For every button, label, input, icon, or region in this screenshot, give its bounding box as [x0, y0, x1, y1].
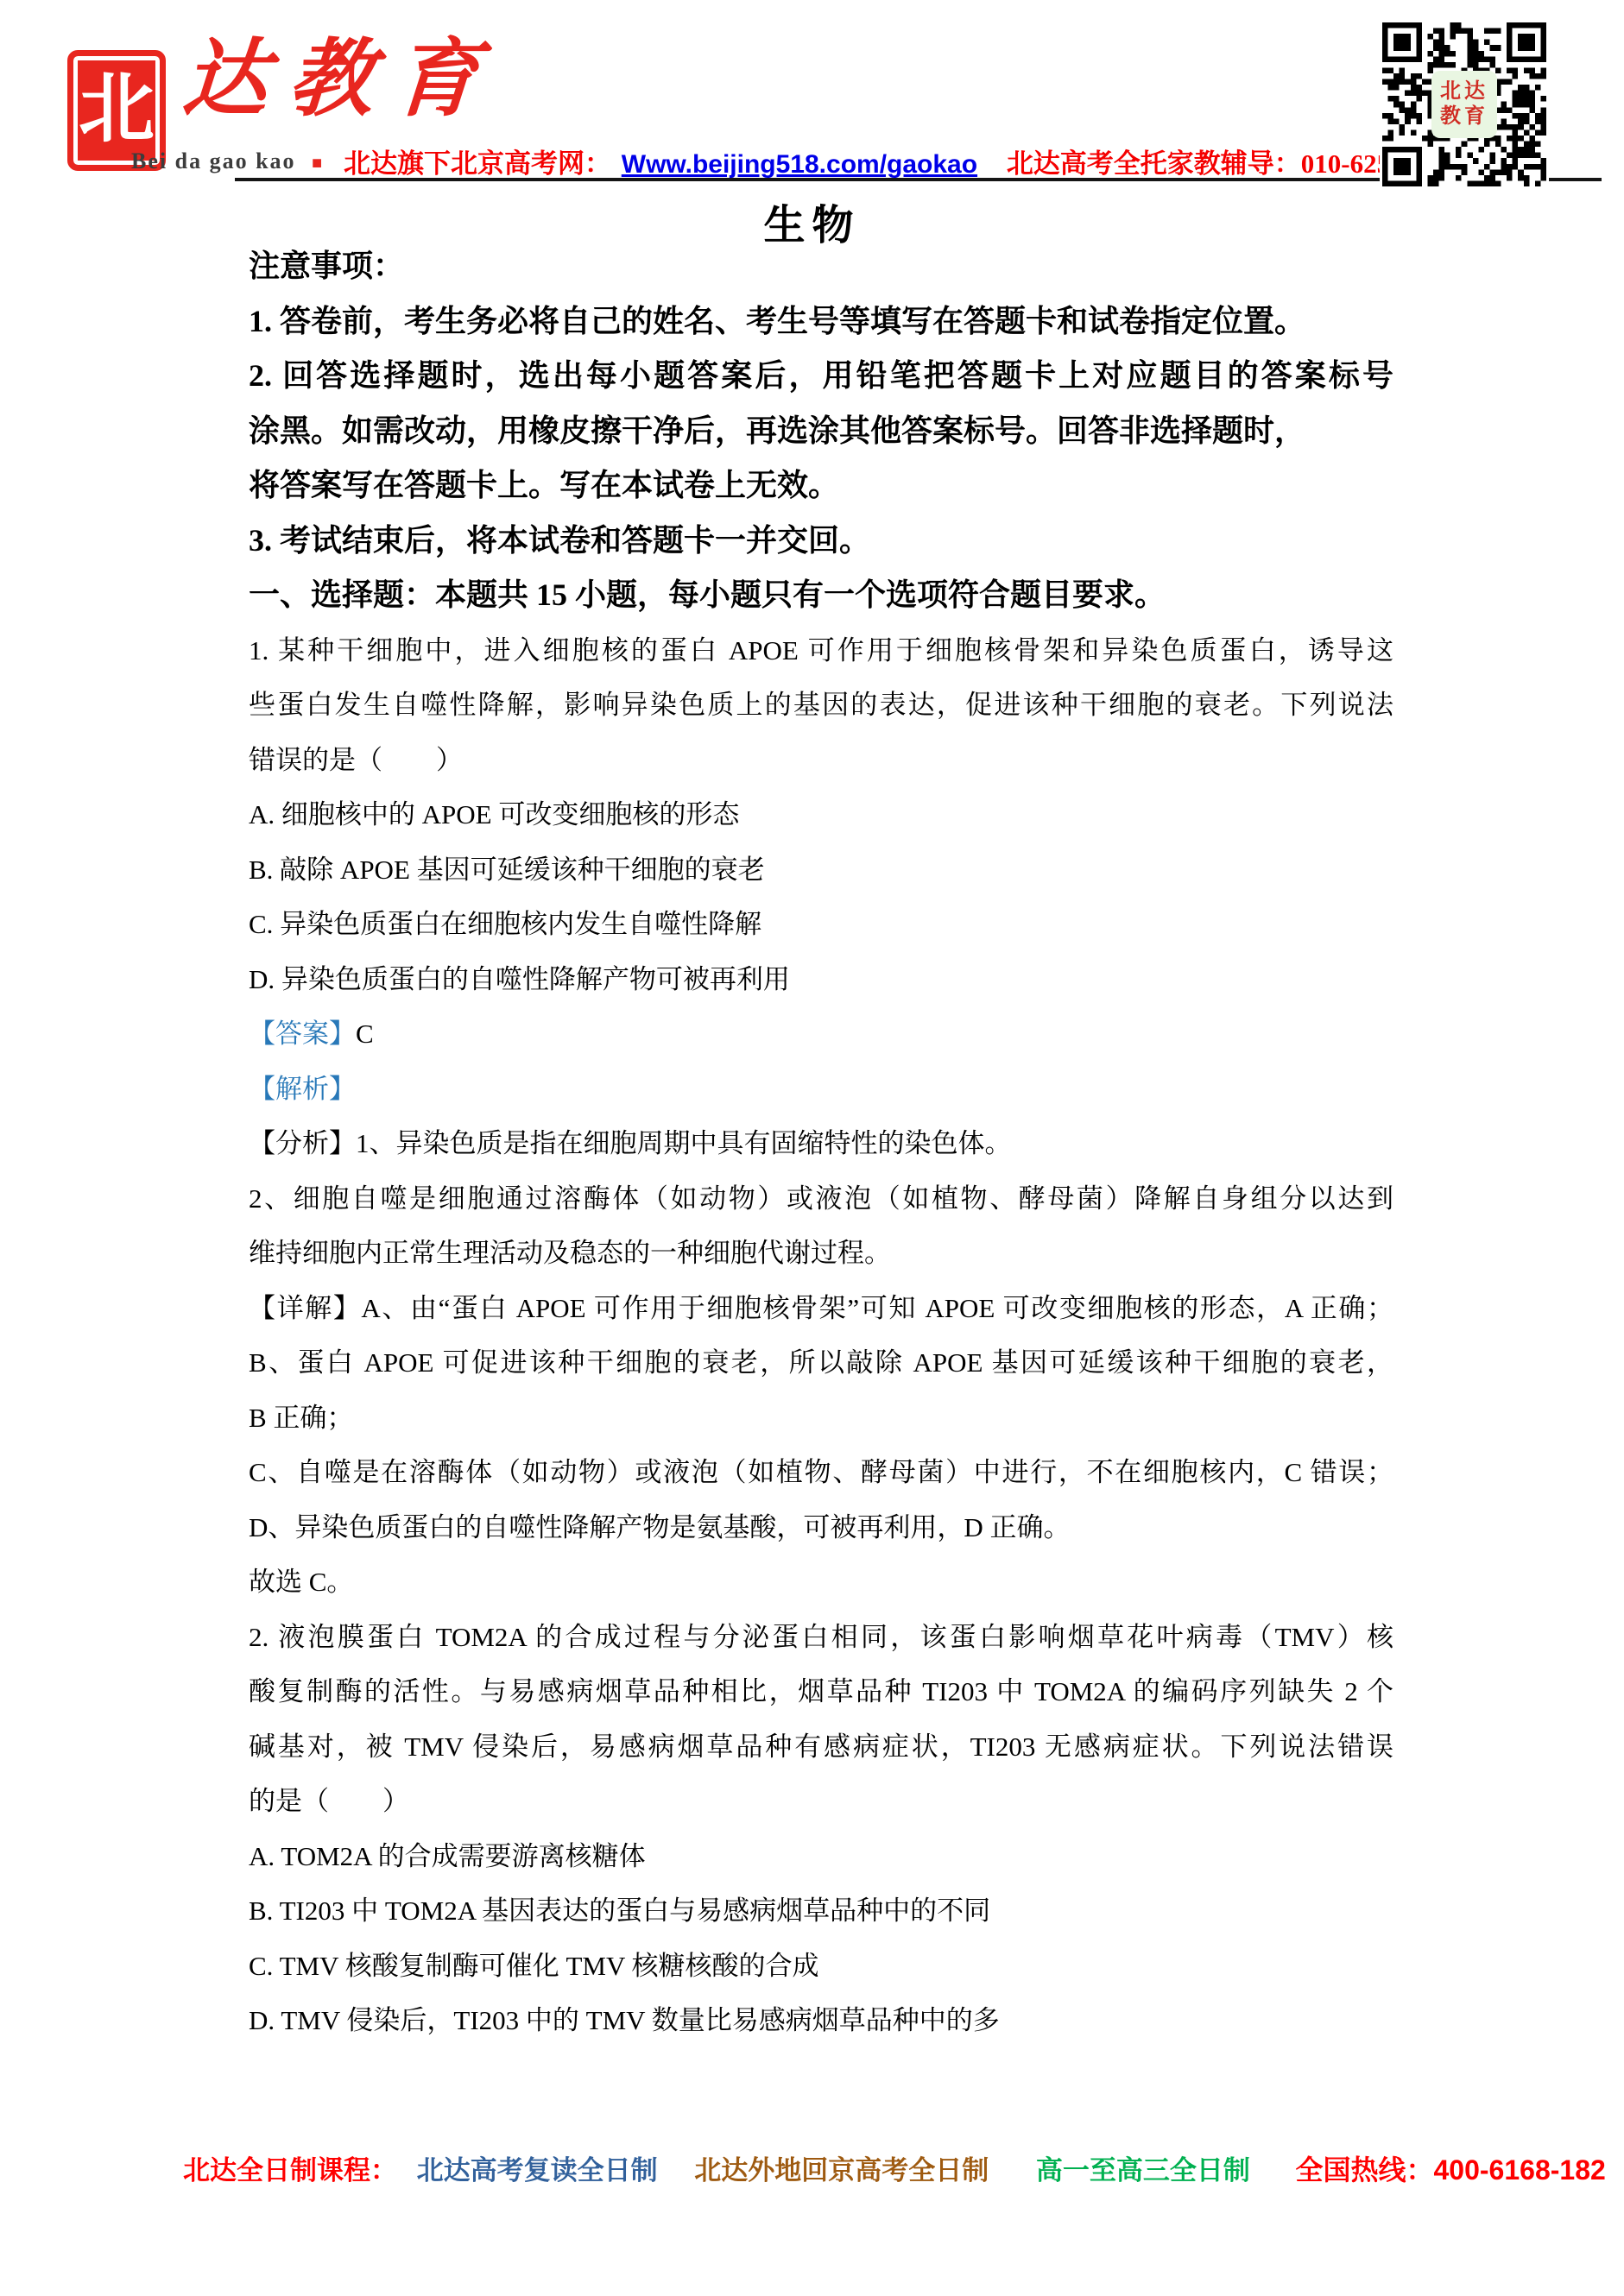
q1-analysis-2: 2、细胞自噬是细胞通过溶酶体（如动物）或液泡（如植物、酵母菌）降解自身组分以达到 — [249, 1171, 1393, 1227]
q1-option-a: A. 细胞核中的 APOE 可改变细胞核的形态 — [249, 787, 1393, 842]
q1-stem-line1: 1. 某种干细胞中，进入细胞核的蛋白 APOE 可作用于细胞核骨架和异染色质蛋白… — [249, 623, 1393, 678]
q2-option-d: D. TMV 侵染后，TI203 中的 TMV 数量比易感病烟草品种中的多 — [249, 1993, 1393, 2048]
brand-marker-icon: ■ — [312, 154, 324, 173]
q2-option-c: C. TMV 核酸复制酶可催化 TMV 核糖核酸的合成 — [249, 1939, 1393, 1994]
q1-detail-c: C、自噬是在溶酶体（如动物）或液泡（如植物、酵母菌）中进行，不在细胞核内，C 错… — [249, 1445, 1393, 1500]
footer-item-grades: 高一至高三全日制 — [1036, 2155, 1250, 2186]
footer-hotline: 全国热线：400-6168-182 — [1296, 2154, 1606, 2186]
q1-option-b: B. 敲除 APOE 基因可延缓该种干细胞的衰老 — [249, 842, 1393, 898]
q1-option-c: C. 异染色质蛋白在细胞核内发生自噬性降解 — [249, 897, 1393, 952]
document-body: 注意事项：1. 答卷前，考生务必将自己的姓名、考生号等填写在答题卡和试卷指定位置… — [249, 239, 1393, 2048]
header-tagline: 北达旗下北京高考网： Www.beijing518.com/gaokao 北达高… — [344, 142, 1457, 180]
footer-item-return-beijing: 北达外地回京高考全日制 — [694, 2155, 989, 2186]
q2-option-b: B. TI203 中 TOM2A 基因表达的蛋白与易感病烟草品种中的不同 — [249, 1883, 1393, 1939]
seal-character: 北 — [79, 73, 155, 148]
notice-3: 3. 考试结束后，将本试卷和答题卡一并交回。 — [249, 514, 1393, 569]
footer-item-gaokao-repeat: 北达高考复读全日制 — [417, 2155, 658, 2186]
q1-stem-line3: 错误的是（ ） — [249, 733, 1393, 788]
section-title: 一、选择题：本题共 15 小题，每小题只有一个选项符合题目要求。 — [249, 568, 1393, 623]
q2-stem-line4: 的是（ ） — [249, 1774, 1393, 1829]
q1-analysis-3: 维持细胞内正常生理活动及稳态的一种细胞代谢过程。 — [249, 1226, 1393, 1281]
qr-center-label: 北达 教育 — [1431, 71, 1497, 138]
site-link[interactable]: Www.beijing518.com/gaokao — [622, 150, 977, 179]
q2-stem-line3: 碱基对，被 TMV 侵染后，易感病烟草品种有感病症状，TI203 无感病症状。下… — [249, 1719, 1393, 1775]
q1-explain-label: 【解析】 — [249, 1062, 1393, 1117]
q2-stem-line2: 酸复制酶的活性。与易感病烟草品种相比，烟草品种 TI203 中 TOM2A 的编… — [249, 1664, 1393, 1719]
q2-stem-line1: 2. 液泡膜蛋白 TOM2A 的合成过程与分泌蛋白相同，该蛋白影响烟草花叶病毒（… — [249, 1610, 1393, 1665]
brand-subtitle: Bei da gao kao ■ — [131, 148, 324, 174]
notice-2-line2: 涂黑。如需改动，用橡皮擦干净后，再选涂其他答案标号。回答非选择题时， — [249, 404, 1393, 459]
brand-name: 达教育 — [180, 35, 502, 128]
qr-center-label-line2: 教育 — [1440, 104, 1488, 129]
notice-2-line1: 2. 回答选择题时，选出每小题答案后，用铅笔把答题卡上对应题目的答案标号 — [249, 349, 1393, 404]
notice-title: 注意事项： — [249, 239, 1393, 294]
q1-detail-b2: B 正确； — [249, 1391, 1393, 1446]
site-label: 北达旗下北京高考网： — [344, 148, 611, 179]
qr-code: 北达 教育 — [1380, 22, 1549, 186]
q1-option-d: D. 异染色质蛋白的自噬性降解产物可被再利用 — [249, 952, 1393, 1007]
q1-analysis-1: 【分析】1、异染色质是指在细胞周期中具有固缩特性的染色体。 — [249, 1116, 1393, 1171]
qr-center-label-line1: 北达 — [1440, 79, 1488, 104]
notice-2-line3: 将答案写在答题卡上。写在本试卷上无效。 — [249, 458, 1393, 514]
exam-page: 北 达教育 Bei da gao kao ■ 北达旗下北京高考网： Www.be… — [0, 0, 1624, 2296]
q1-detail-a: 【详解】A、由“蛋白 APOE 可作用于细胞核骨架”可知 APOE 可改变细胞核… — [249, 1281, 1393, 1336]
q1-detail-d: D、异染色质蛋白的自噬性降解产物是氨基酸，可被再利用，D 正确。 — [249, 1500, 1393, 1555]
q1-conclusion: 故选 C。 — [249, 1555, 1393, 1610]
q2-option-a: A. TOM2A 的合成需要游离核糖体 — [249, 1829, 1393, 1884]
q1-detail-b1: B、蛋白 APOE 可促进该种干细胞的衰老，所以敲除 APOE 基因可延缓该种干… — [249, 1335, 1393, 1391]
q1-stem-line2: 些蛋白发生自噬性降解，影响异染色质上的基因的表达，促进该种干细胞的衰老。下列说法 — [249, 678, 1393, 733]
footer-label: 北达全日制课程： — [183, 2155, 397, 2186]
footer: 北达全日制课程： 北达高考复读全日制 北达外地回京高考全日制 高一至高三全日制 … — [183, 2151, 1530, 2190]
q1-answer: 【答案】C — [249, 1006, 1393, 1062]
brand-subtitle-text: Bei da gao kao — [131, 148, 296, 173]
notice-1: 1. 答卷前，考生务必将自己的姓名、考生号等填写在答题卡和试卷指定位置。 — [249, 294, 1393, 350]
